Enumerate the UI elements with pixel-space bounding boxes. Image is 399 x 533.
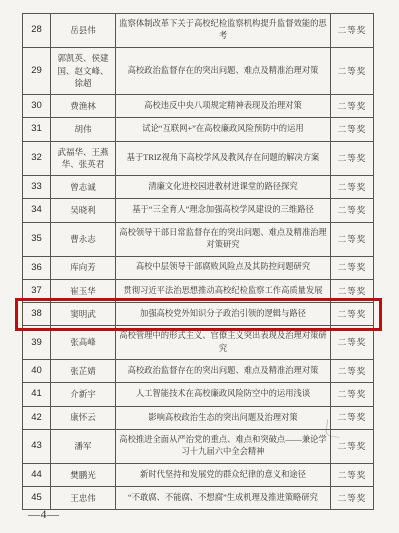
paper-title-cell: 高校领导干部日常监督存在的突出问题、难点及精准治理对策研究 (116, 222, 331, 256)
paper-title-cell: 基于“三全育人”理念加强高校学风建设的三维路径 (116, 199, 331, 222)
paper-title-cell: 高校违反中央八项规定精神表现及治理对策 (116, 95, 331, 118)
table-row: 37崔玉华贯彻习近平法治思想推动高校纪检监察工作高质量发展二等奖 (23, 279, 374, 302)
award-cell: 二等奖 (331, 199, 374, 222)
paper-title-cell: “不敢腐、不能腐、不想腐”生成机理及推进策略研究 (116, 487, 331, 510)
author-name-cell: 郭凯英、侯建国、赵文峰、徐超 (51, 47, 116, 94)
row-number-cell: 41 (23, 383, 51, 406)
award-cell: 二等奖 (331, 118, 374, 141)
award-cell: 二等奖 (331, 279, 374, 302)
paper-title-cell: 监察体制改革下关于高校纪检监察机构提升监督效能的思考 (116, 14, 331, 48)
award-cell: 二等奖 (331, 326, 374, 360)
paper-title-cell: 高校管理中的形式主义、官僚主义突出表现及治理对策研究 (116, 326, 331, 360)
author-name-cell: 岳县伟 (51, 14, 116, 48)
table-row: 45王忠伟“不敢腐、不能腐、不想腐”生成机理及推进策略研究二等奖 (23, 487, 374, 510)
table-row: 34吴晓利基于“三全育人”理念加强高校学风建设的三维路径二等奖 (23, 199, 374, 222)
row-number-cell: 35 (23, 222, 51, 256)
table-row: 32武福华、王燕华、张英君基于TRIZ视角下高校学风及教风存在问题的解决方案二等… (23, 141, 374, 176)
author-name-cell: 武福华、王燕华、张英君 (51, 141, 116, 176)
row-number-cell: 44 (23, 463, 51, 486)
author-name-cell: 曹永志 (51, 222, 116, 256)
paper-title-cell: 人工智能技术在高校廉政风险防空中的运用浅谈 (116, 383, 331, 406)
author-name-cell: 曾志诚 (51, 176, 116, 199)
table-row: 41介新宇人工智能技术在高校廉政风险防空中的运用浅谈二等奖 (23, 383, 374, 406)
paper-title-cell: 影响高校政治生态的突出问题及治理对策 (116, 406, 331, 429)
table-row: 31胡伟试论“互联网+”在高校廉政风险预防中的运用二等奖 (23, 118, 374, 141)
row-number-cell: 34 (23, 199, 51, 222)
author-name-cell: 介新宇 (51, 383, 116, 406)
row-number-cell: 37 (23, 279, 51, 302)
award-cell: 二等奖 (331, 222, 374, 256)
scan-smudge (325, 419, 342, 438)
award-cell: 二等奖 (331, 141, 374, 176)
table-row: 30费渔林高校违反中央八项规定精神表现及治理对策二等奖 (23, 95, 374, 118)
paper-title-cell: 高校政治监督存在的突出问题、难点及精准治理对策 (116, 360, 331, 383)
award-cell: 二等奖 (331, 95, 374, 118)
row-number-cell: 29 (23, 47, 51, 94)
row-number-cell: 38 (23, 303, 51, 326)
row-number-cell: 36 (23, 256, 51, 279)
row-number-cell: 40 (23, 360, 51, 383)
author-name-cell: 吴晓利 (51, 199, 116, 222)
author-name-cell: 费渔林 (51, 95, 116, 118)
table-row: 29郭凯英、侯建国、赵文峰、徐超高校政治监督存在的突出问题、难点及精准治理对策二… (23, 47, 374, 94)
award-cell: 二等奖 (331, 463, 374, 486)
paper-title-cell: 高校推进全面从严治党的重点、难点和突破点——兼论学习十九届六中全会精神 (116, 429, 331, 463)
row-number-cell: 42 (23, 406, 51, 429)
paper-title-cell: 贯彻习近平法治思想推动高校纪检监察工作高质量发展 (116, 279, 331, 302)
paper-title-cell: 清廉文化进校园进教材进课堂的路径探究 (116, 176, 331, 199)
author-name-cell: 张高峰 (51, 326, 116, 360)
award-cell: 二等奖 (331, 176, 374, 199)
row-number-cell: 43 (23, 429, 51, 463)
author-name-cell: 樊鹏光 (51, 463, 116, 486)
award-cell: 二等奖 (331, 47, 374, 94)
author-name-cell: 库向芳 (51, 256, 116, 279)
author-name-cell: 窦明武 (51, 303, 116, 326)
row-number-cell: 33 (23, 176, 51, 199)
award-table: 28岳县伟监察体制改革下关于高校纪检监察机构提升监督效能的思考二等奖29郭凯英、… (22, 13, 374, 510)
row-number-cell: 30 (23, 95, 51, 118)
row-number-cell: 39 (23, 326, 51, 360)
table-row: 35曹永志高校领导干部日常监督存在的突出问题、难点及精准治理对策研究二等奖 (23, 222, 374, 256)
paper-title-cell: 高校中层领导干部腐败风险点及其防控问题研究 (116, 256, 331, 279)
award-cell: 二等奖 (331, 14, 374, 48)
paper-title-cell: 高校政治监督存在的突出问题、难点及精准治理对策 (116, 47, 331, 94)
table-row: 36库向芳高校中层领导干部腐败风险点及其防控问题研究二等奖 (23, 256, 374, 279)
paper-title-cell: 新时代坚持和发展党的群众纪律的意义和途径 (116, 463, 331, 486)
table-row: 44樊鹏光新时代坚持和发展党的群众纪律的意义和途径二等奖 (23, 463, 374, 486)
author-name-cell: 崔玉华 (51, 279, 116, 302)
table-row: 38窦明武加强高校党外知识分子政治引领的逻辑与路径二等奖 (23, 303, 374, 326)
award-cell: 二等奖 (331, 256, 374, 279)
table-row: 40张芷婧高校政治监督存在的突出问题、难点及精准治理对策二等奖 (23, 360, 374, 383)
paper-title-cell: 试论“互联网+”在高校廉政风险预防中的运用 (116, 118, 331, 141)
award-table-body: 28岳县伟监察体制改革下关于高校纪检监察机构提升监督效能的思考二等奖29郭凯英、… (23, 14, 374, 510)
table-row: 33曾志诚清廉文化进校园进教材进课堂的路径探究二等奖 (23, 176, 374, 199)
table-row: 28岳县伟监察体制改革下关于高校纪检监察机构提升监督效能的思考二等奖 (23, 14, 374, 48)
award-cell: 二等奖 (331, 487, 374, 510)
author-name-cell: 潘军 (51, 429, 116, 463)
award-cell: 二等奖 (331, 303, 374, 326)
author-name-cell: 胡伟 (51, 118, 116, 141)
row-number-cell: 28 (23, 14, 51, 48)
paper-title-cell: 基于TRIZ视角下高校学风及教风存在问题的解决方案 (116, 141, 331, 176)
award-cell: 二等奖 (331, 360, 374, 383)
paper-title-cell: 加强高校党外知识分子政治引领的逻辑与路径 (116, 303, 331, 326)
table-row: 42康怀云影响高校政治生态的突出问题及治理对策二等奖 (23, 406, 374, 429)
author-name-cell: 王忠伟 (51, 487, 116, 510)
award-cell: 二等奖 (331, 383, 374, 406)
row-number-cell: 32 (23, 141, 51, 176)
table-row: 43潘军高校推进全面从严治党的重点、难点和突破点——兼论学习十九届六中全会精神二… (23, 429, 374, 463)
author-name-cell: 张芷婧 (51, 360, 116, 383)
footer-page-number: —4— (28, 507, 60, 522)
table-row: 39张高峰高校管理中的形式主义、官僚主义突出表现及治理对策研究二等奖 (23, 326, 374, 360)
row-number-cell: 31 (23, 118, 51, 141)
page: 28岳县伟监察体制改革下关于高校纪检监察机构提升监督效能的思考二等奖29郭凯英、… (0, 0, 399, 533)
author-name-cell: 康怀云 (51, 406, 116, 429)
